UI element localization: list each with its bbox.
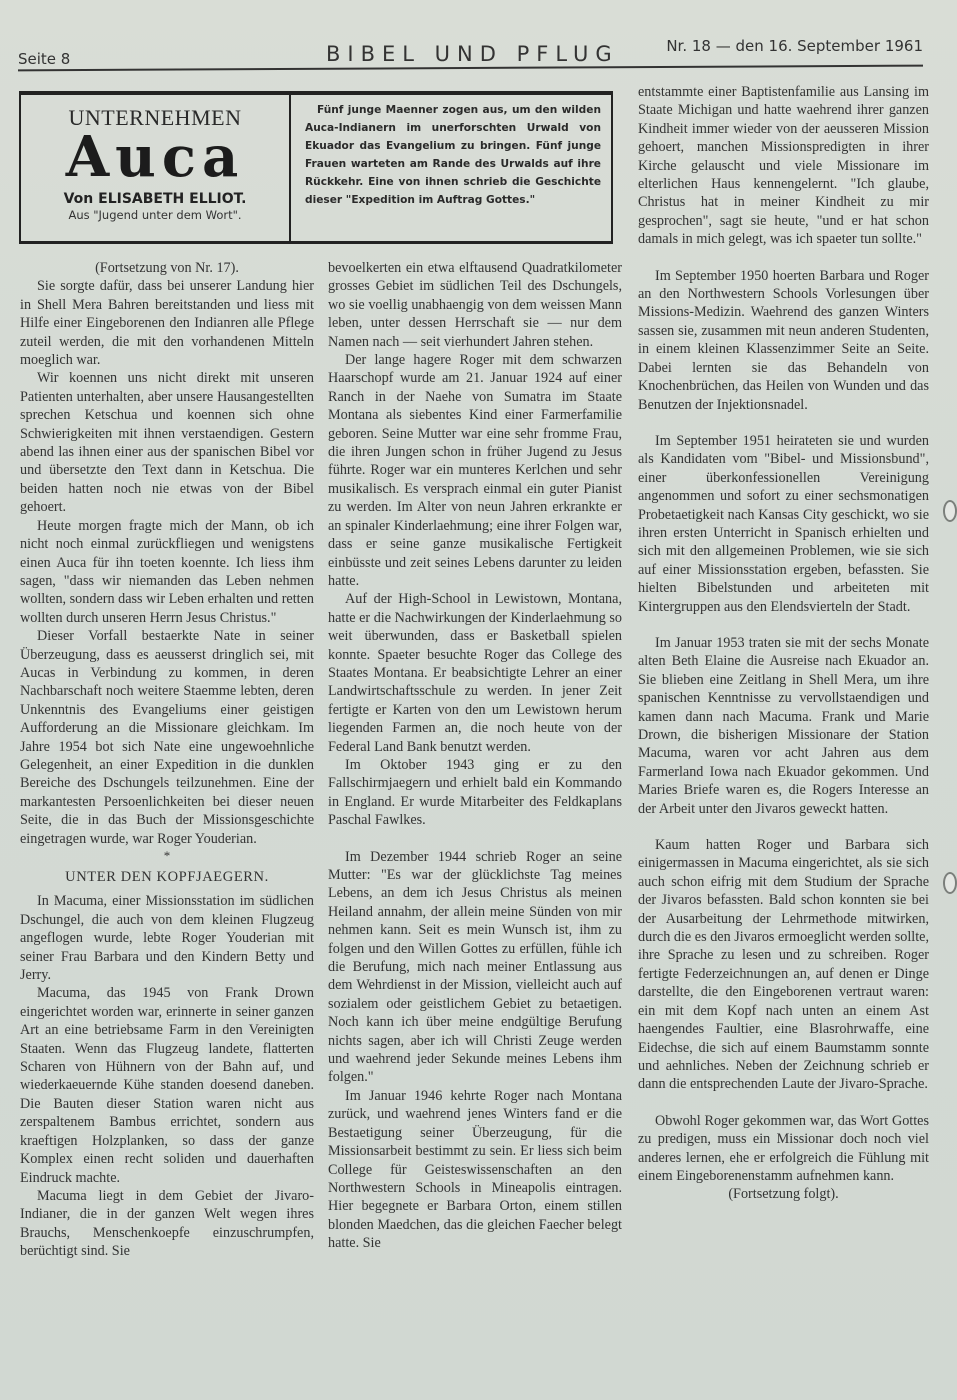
binder-hole-icon	[943, 500, 957, 522]
paragraph: In Macuma, einer Missionsstation im südl…	[20, 892, 314, 984]
continued-note: (Fortsetzung folgt).	[638, 1185, 929, 1203]
paragraph: Macuma, das 1945 von Frank Drown eingeri…	[20, 984, 314, 1186]
paragraph: Wir koennen uns nicht direkt mit unseren…	[20, 369, 314, 516]
article-summary: Fünf junge Maenner zogen aus, um den wil…	[291, 95, 611, 241]
text-column-1: (Fortsetzung von Nr. 17). Sie sorgte daf…	[20, 259, 314, 1261]
text-column-3: entstammte einer Baptistenfamilie aus La…	[638, 83, 929, 1204]
page-number: Seite 8	[18, 50, 70, 68]
paragraph: Kaum hatten Roger und Barbara sich einig…	[638, 836, 929, 1094]
paragraph: bevoelkerten ein etwa elftausend Quadrat…	[328, 259, 622, 351]
article-title-block: UNTERNEHMEN Auca Von ELISABETH ELLIOT. A…	[21, 95, 291, 241]
paragraph: Im September 1950 hoerten Barbara und Ro…	[638, 267, 929, 414]
paragraph: Der lange hagere Roger mit dem schwarzen…	[328, 351, 622, 590]
paragraph: Im September 1951 heirateten sie und wur…	[638, 432, 929, 616]
newspaper-page: Seite 8 BIBEL UND PFLUG Nr. 18 — den 16.…	[0, 0, 957, 1400]
paragraph: entstammte einer Baptistenfamilie aus La…	[638, 83, 929, 249]
paragraph: Im Januar 1953 traten sie mit der sechs …	[638, 634, 929, 818]
paragraph: Heute morgen fragte mich der Mann, ob ic…	[20, 517, 314, 627]
paragraph: Sie sorgte dafür, dass bei unserer Landu…	[20, 277, 314, 369]
article-intro-box: UNTERNEHMEN Auca Von ELISABETH ELLIOT. A…	[19, 91, 613, 244]
binder-hole-icon	[943, 872, 957, 894]
section-subheading: UNTER DEN KOPFJAEGERN.	[20, 868, 314, 886]
section-separator: *	[20, 850, 314, 862]
paragraph: Macuma liegt in dem Gebiet der Jivaro-In…	[20, 1187, 314, 1261]
text-column-2: bevoelkerten ein etwa elftausend Quadrat…	[328, 259, 622, 1253]
article-title: Auca	[21, 129, 289, 185]
publication-title: BIBEL UND PFLUG	[326, 42, 619, 66]
paragraph: Obwohl Roger gekommen war, das Wort Gott…	[638, 1112, 929, 1186]
continued-from-note: (Fortsetzung von Nr. 17).	[20, 259, 314, 277]
paragraph: Im Januar 1946 kehrte Roger nach Montana…	[328, 1087, 622, 1253]
issue-date: Nr. 18 — den 16. September 1961	[666, 37, 923, 55]
paragraph: Auf der High-School in Lewistown, Montan…	[328, 590, 622, 756]
article-author: Von ELISABETH ELLIOT.	[21, 191, 289, 207]
paragraph: Dieser Vorfall bestaerkte Nate in seiner…	[20, 627, 314, 848]
paragraph: Im Dezember 1944 schrieb Roger an seine …	[328, 848, 622, 1087]
paragraph: Im Oktober 1943 ging er zu den Fallschir…	[328, 756, 622, 830]
article-source: Aus "Jugend unter dem Wort".	[21, 208, 289, 222]
